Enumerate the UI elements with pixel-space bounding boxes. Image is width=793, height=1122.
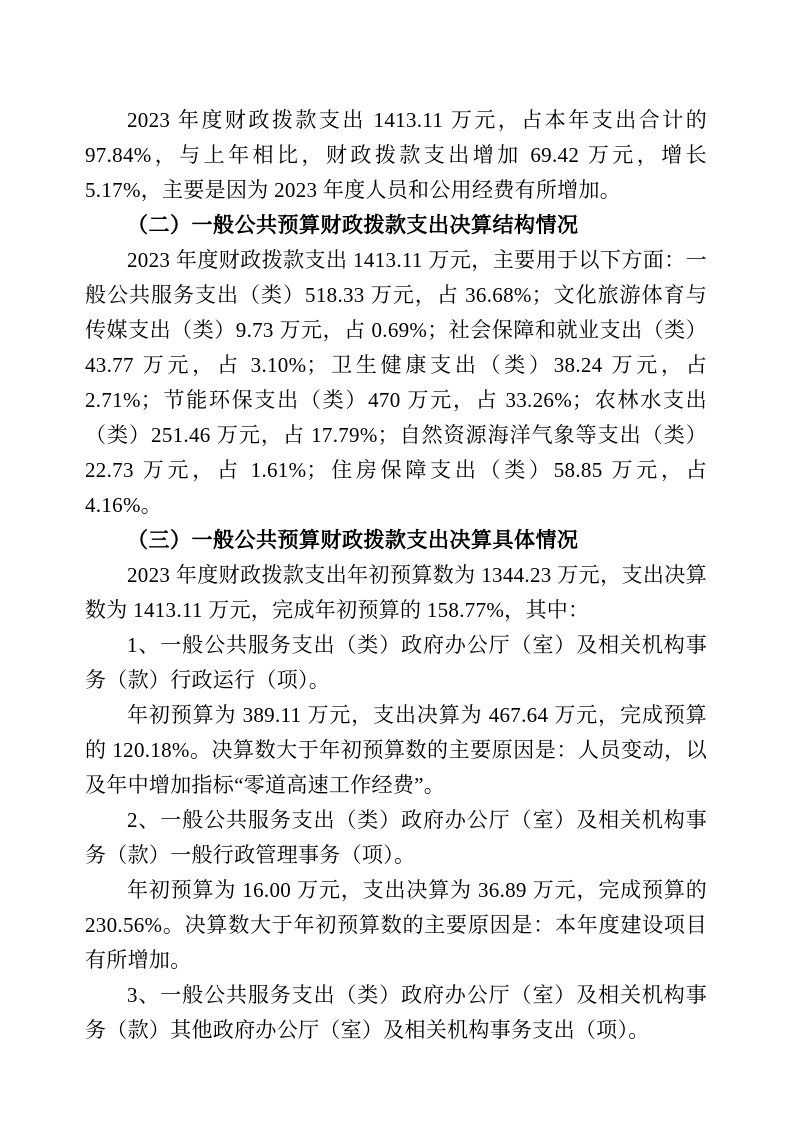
heading-specific-section: （三）一般公共预算财政拨款支出决算具体情况 xyxy=(85,523,707,558)
paragraph-item-1-detail: 年初预算为 389.11 万元，支出决算为 467.64 万元，完成预算的 12… xyxy=(85,698,707,803)
document-page: 2023 年度财政拨款支出 1413.11 万元，占本年支出合计的 97.84%… xyxy=(0,0,793,1122)
paragraph-item-3-title: 3、一般公共服务支出（类）政府办公厅（室）及相关机构事务（款）其他政府办公厅（室… xyxy=(85,978,707,1048)
paragraph-item-1-title: 1、一般公共服务支出（类）政府办公厅（室）及相关机构事务（款）行政运行（项）。 xyxy=(85,628,707,698)
heading-structure-section: （二）一般公共预算财政拨款支出决算结构情况 xyxy=(85,208,707,243)
paragraph-item-2-detail: 年初预算为 16.00 万元，支出决算为 36.89 万元，完成预算的 230.… xyxy=(85,873,707,978)
paragraph-total-expenditure: 2023 年度财政拨款支出 1413.11 万元，占本年支出合计的 97.84%… xyxy=(85,103,707,208)
paragraph-item-2-title: 2、一般公共服务支出（类）政府办公厅（室）及相关机构事务（款）一般行政管理事务（… xyxy=(85,803,707,873)
paragraph-budget-vs-final: 2023 年度财政拨款支出年初预算数为 1344.23 万元，支出决算数为 14… xyxy=(85,558,707,628)
document-content: 2023 年度财政拨款支出 1413.11 万元，占本年支出合计的 97.84%… xyxy=(0,0,793,1048)
paragraph-structure-detail: 2023 年度财政拨款支出 1413.11 万元，主要用于以下方面：一般公共服务… xyxy=(85,243,707,523)
